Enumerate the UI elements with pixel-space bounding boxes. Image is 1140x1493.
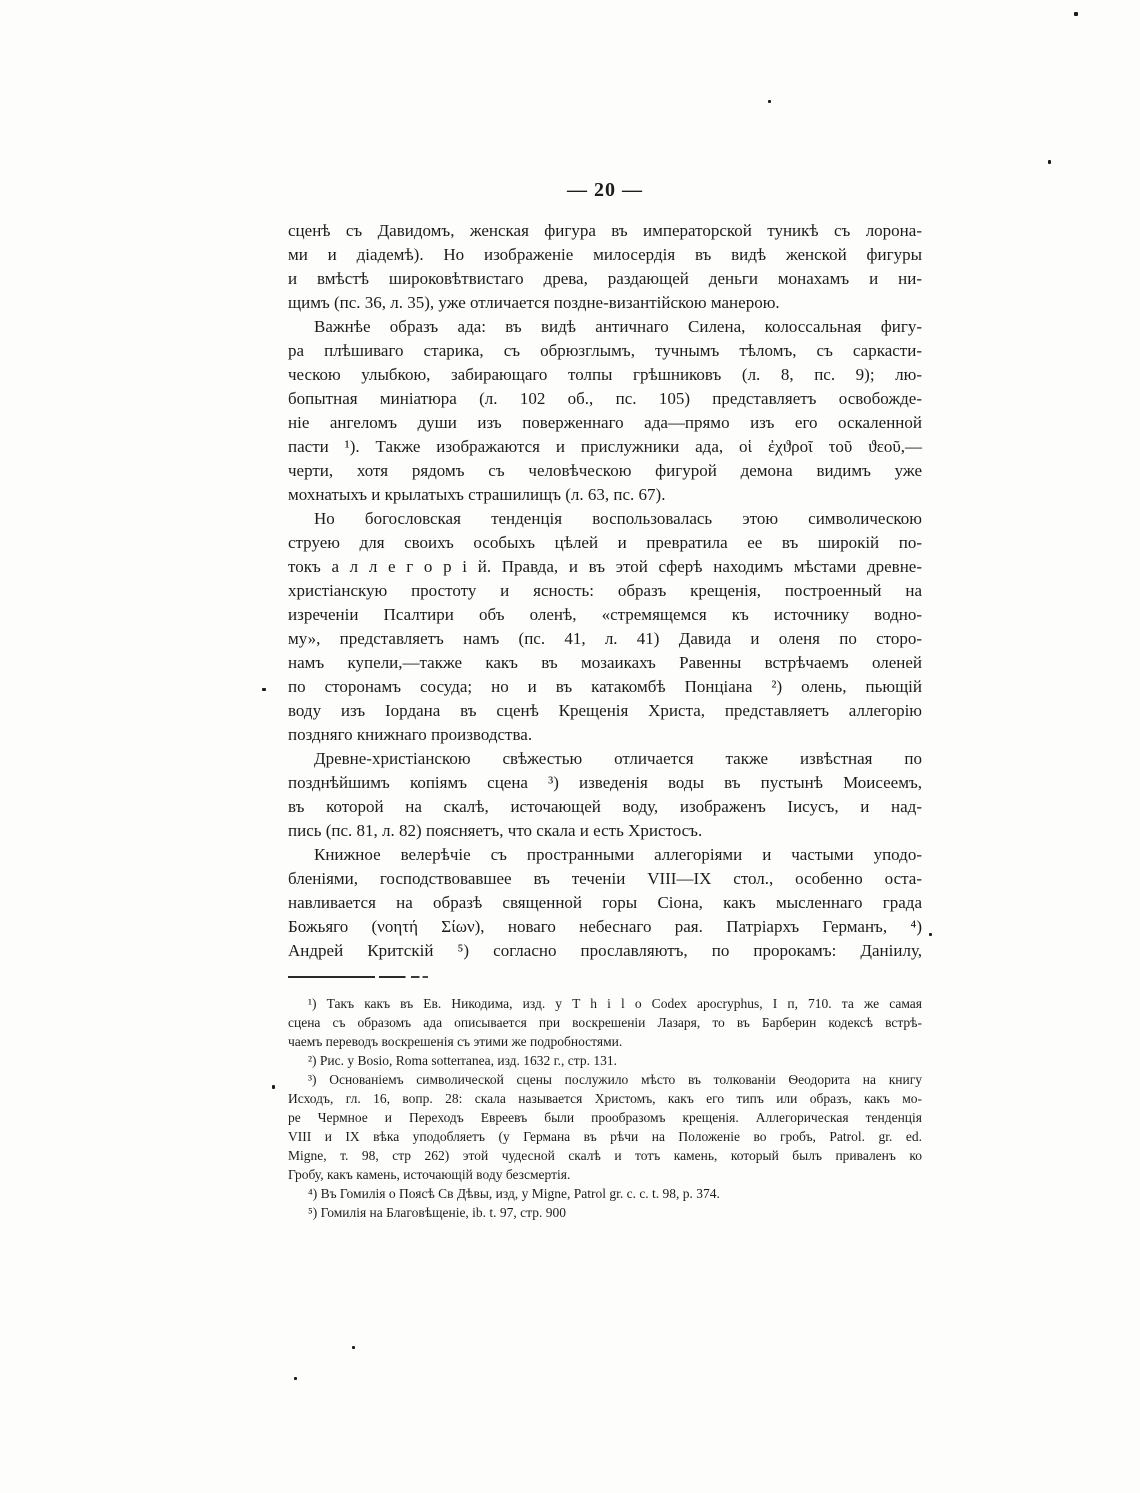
text-line: ³) Основаніемъ символической сцены послу…: [288, 1070, 922, 1089]
text-line: воду изъ Іордана въ сценѣ Крещенія Христ…: [288, 699, 922, 723]
text-line: позднѣйшимъ копіямъ сцена ³) изведенія в…: [288, 771, 922, 795]
text-line: Древне-христіанскою свѣжестью отличается…: [288, 747, 922, 771]
text-line: по сторонамъ сосуда; но и въ катакомбѣ П…: [288, 675, 922, 699]
text-line: сцена съ образомъ ада описывается при во…: [288, 1013, 922, 1032]
text-line: VIII и IX вѣка уподобляетъ (у Германа въ…: [288, 1127, 922, 1146]
text-line: навливается на образѣ священной горы Сіо…: [288, 891, 922, 915]
text-line: Исходъ, гл. 16, вопр. 28: скала называет…: [288, 1089, 922, 1108]
scan-speck: [929, 933, 932, 936]
text-line: струею для своихъ особыхъ цѣлей и превра…: [288, 531, 922, 555]
text-line: Migne, т. 98, стр 262) этой чудесной ска…: [288, 1146, 922, 1165]
text-line: Книжное велерѣчіе съ пространными аллего…: [288, 843, 922, 867]
scan-speck: [1074, 12, 1078, 16]
text-line: Важнѣе образъ ада: въ видѣ античнаго Сил…: [288, 315, 922, 339]
scan-speck: [272, 1085, 275, 1089]
text-line: Божьяго (νοητή Σίων), новаго небеснаго р…: [288, 915, 922, 939]
text-line: мохнатыхъ и крылатыхъ страшилищъ (л. 63,…: [288, 483, 922, 507]
scan-speck: [1048, 160, 1051, 164]
text-line: бопытная миніатюра (л. 102 об., пс. 105)…: [288, 387, 922, 411]
text-line: щимъ (пс. 36, л. 35), уже отличается поз…: [288, 291, 922, 315]
text-line: въ которой на скалѣ, источающей воду, из…: [288, 795, 922, 819]
text-line: токъ а л л е г о р і й. Правда, и въ это…: [288, 555, 922, 579]
text-line: изреченіи Псалтири объ оленѣ, «стремящем…: [288, 603, 922, 627]
text-line: бленіями, господствовавшее въ теченіи VI…: [288, 867, 922, 891]
text-line: му», представляетъ намъ (пс. 41, л. 41) …: [288, 627, 922, 651]
scan-speck: [262, 688, 266, 691]
text-line: ²) Рис. у Bosio, Roma sotterranea, изд. …: [288, 1051, 922, 1070]
text-line: Но богословская тенденція воспользовалас…: [288, 507, 922, 531]
text-line: христіанскую простоту и ясность: образъ …: [288, 579, 922, 603]
footnotes: ¹) Такъ какъ въ Ев. Никодима, изд. у T h…: [288, 994, 922, 1222]
text-line: намъ купели,—также какъ въ мозаикахъ Рав…: [288, 651, 922, 675]
text-line: чаемъ переводъ воскрешенія съ этими же п…: [288, 1032, 922, 1051]
text-line: ¹) Такъ какъ въ Ев. Никодима, изд. у T h…: [288, 994, 922, 1013]
text-line: ⁵) Гомилія на Благовѣщеніе, ib. t. 97, с…: [288, 1203, 922, 1222]
text-line: ра плѣшиваго старика, съ обрюзглымъ, туч…: [288, 339, 922, 363]
scan-speck: [294, 1377, 297, 1380]
footnote-separator: [288, 976, 428, 978]
text-line: поздняго книжнаго производства.: [288, 723, 922, 747]
text-line: ми и діадемѣ). Но изображеніе милосердія…: [288, 243, 922, 267]
text-line: ⁴) Въ Гомилія о Поясѣ Св Дѣвы, изд, у Mi…: [288, 1184, 922, 1203]
text-line: пись (пс. 81, л. 82) поясняетъ, что скал…: [288, 819, 922, 843]
body-text: сценѣ съ Давидомъ, женская фигура въ имп…: [288, 219, 922, 963]
text-line: ре Чермное и Переходъ Евреевъ были прооб…: [288, 1108, 922, 1127]
text-line: и вмѣстѣ широковѣтвистаго древа, раздающ…: [288, 267, 922, 291]
text-line: Андрей Критскій ⁵) согласно прославляютъ…: [288, 939, 922, 963]
scan-speck: [352, 1346, 355, 1349]
scanned-book-page: — 20 — сценѣ съ Давидомъ, женская фигура…: [0, 0, 1140, 1493]
text-line: черти, хотя рядомъ съ человѣческою фигур…: [288, 459, 922, 483]
text-line: ніе ангеломъ души изъ поверженнаго ада—п…: [288, 411, 922, 435]
scan-speck: [768, 100, 771, 103]
page-number: — 20 —: [288, 179, 922, 202]
text-line: сценѣ съ Давидомъ, женская фигура въ имп…: [288, 219, 922, 243]
text-line: пасти ¹). Также изображаются и прислужни…: [288, 435, 922, 459]
text-line: Гробу, какъ камень, источающій воду безс…: [288, 1165, 922, 1184]
text-line: ческою улыбкою, забирающаго толпы грѣшни…: [288, 363, 922, 387]
